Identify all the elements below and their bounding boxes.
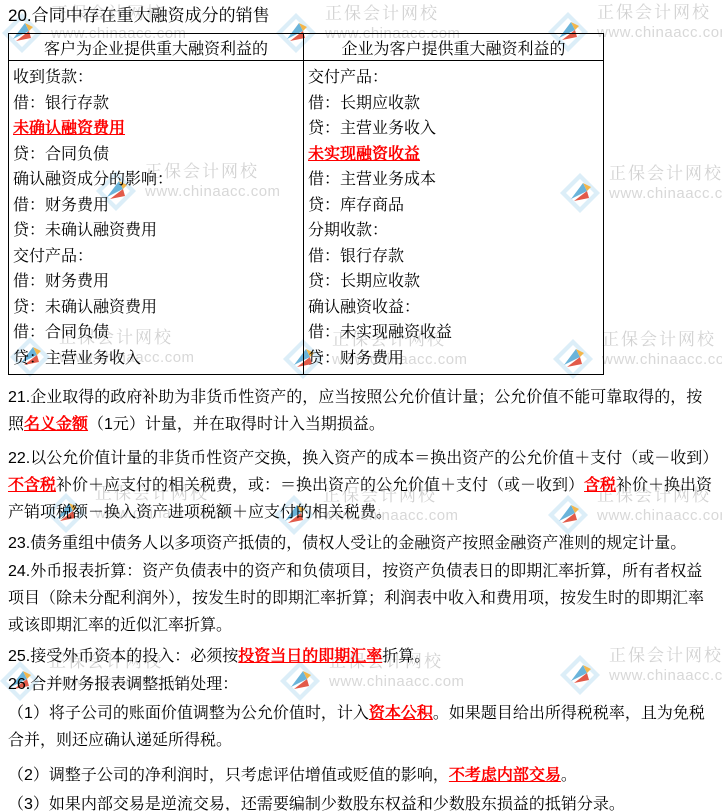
highlighted-term: 投资当日的即期汇率 [238,648,382,665]
highlighted-term: 不含税 [8,477,56,494]
text-run: 贷：主营业务收入 [308,120,436,137]
journal-entry-line: 借：财务费用 [13,269,299,295]
journal-entry-line: 交付产品： [13,244,299,270]
table-body-row: 收到货款：借：银行存款未确认融资费用贷：合同负债确认融资成分的影响：借：财务费用… [9,61,604,375]
paragraph-24: 24.外币报表折算：资产负债表中的资产和负债项目，按资产负债表日的即期汇率折算，… [8,558,714,639]
paragraph-26-1: （1）将子公司的账面价值调整为公允价值时，计入资本公积。如果题目给出所得税税率，… [8,700,714,754]
journal-entry-line: 借：合同负债 [13,320,299,346]
document-page: 正保会计网校 www.chinaacc.com 正保会计网校 www.china… [0,0,722,811]
paragraph-25: 25.接受外币资本的投入：必须按投资当日的即期汇率折算。 [8,643,714,670]
text-run: 折算。 [382,648,430,665]
item-20-title: 20.合同中存在重大融资成分的销售 [8,4,714,28]
journal-entry-line: 贷：库存商品 [308,193,599,219]
text-run: 借：主营业务成本 [308,171,436,188]
journal-entry-line: 贷：未确认融资费用 [13,295,299,321]
table-header-row: 客户为企业提供重大融资利益的 企业为客户提供重大融资利益的 [9,34,604,61]
text-run: 贷：财务费用 [308,350,404,367]
table-cell-customer-provides: 收到货款：借：银行存款未确认融资费用贷：合同负债确认融资成分的影响：借：财务费用… [9,61,304,375]
journal-entry-line: 贷：主营业务收入 [13,346,299,372]
journal-entry-line: 交付产品： [308,65,599,91]
text-run: 23.债务重组中债务人以多项资产抵债的，债权人受让的金融资产按照金融资产准则的规… [8,535,686,552]
text-run: 交付产品： [308,69,388,86]
paragraph-22: 22.以公允价值计量的非货币性资产交换，换入资产的成本＝换出资产的公允价值＋支付… [8,445,714,526]
journal-entry-line: 未实现融资收益 [308,142,599,168]
highlighted-term: 资本公积 [369,705,433,722]
text-run: 25.接受外币资本的投入：必须按 [8,648,238,665]
text-run: （1元）计量，并在取得时计入当期损益。 [88,416,385,433]
text-run: 借：财务费用 [13,273,109,290]
text-run: 借：未实现融资收益 [308,324,452,341]
text-run: 24.外币报表折算：资产负债表中的资产和负债项目，按资产负债表日的即期汇率折算，… [8,563,704,634]
text-run: 借：合同负债 [13,324,109,341]
journal-entry-line: 收到货款： [13,65,299,91]
text-run: 26.合并财务报表调整抵销处理： [8,676,238,693]
journal-entry-line: 贷：财务费用 [308,346,599,372]
paragraph-21: 21.企业取得的政府补助为非货币性资产的，应当按照公允价值计量；公允价值不能可靠… [8,384,714,438]
text-run: 贷：主营业务收入 [13,350,141,367]
table-header-enterprise-provides: 企业为客户提供重大融资利益的 [304,34,604,61]
highlighted-term: 不考虑内部交易 [449,767,561,784]
text-run: 贷：未确认融资费用 [13,299,157,316]
text-run: 分期收款： [308,222,388,239]
text-run: 借：银行存款 [13,95,109,112]
text-run: （1）将子公司的账面价值调整为公允价值时，计入 [8,705,369,722]
journal-entry-line: 贷：长期应收款 [308,269,599,295]
journal-entry-line: 借：银行存款 [308,244,599,270]
document-content: 20.合同中存在重大融资成分的销售 客户为企业提供重大融资利益的 企业为客户提供… [0,0,722,811]
text-run: 。 [561,767,577,784]
journal-entry-line: 借：主营业务成本 [308,167,599,193]
text-run: 借：财务费用 [13,197,109,214]
journal-entry-line: 贷：未确认融资费用 [13,218,299,244]
paragraph-26: 26.合并财务报表调整抵销处理： [8,671,714,698]
journal-entry-line: 确认融资收益： [308,295,599,321]
journal-entry-line: 借：未实现融资收益 [308,320,599,346]
table-header-customer-provides: 客户为企业提供重大融资利益的 [9,34,304,61]
paragraph-26-3: （3）如果内部交易是逆流交易，还需要编制少数股东权益和少数股东损益的抵销分录。 [8,791,714,811]
journal-entry-line: 贷：主营业务收入 [308,116,599,142]
text-run: 确认融资收益： [308,299,420,316]
text-run: 贷：库存商品 [308,197,404,214]
text-run: （3）如果内部交易是逆流交易，还需要编制少数股东权益和少数股东损益的抵销分录。 [8,796,625,811]
text-run: 借：长期应收款 [308,95,420,112]
highlighted-term: 未确认融资费用 [13,120,125,137]
paragraph-23: 23.债务重组中债务人以多项资产抵债的，债权人受让的金融资产按照金融资产准则的规… [8,530,714,557]
text-run: （2）调整子公司的净利润时，只考虑评估增值或贬值的影响， [8,767,449,784]
table-cell-enterprise-provides: 交付产品：借：长期应收款贷：主营业务收入未实现融资收益借：主营业务成本贷：库存商… [304,61,604,375]
text-run: 贷：合同负债 [13,146,109,163]
text-run: 贷：长期应收款 [308,273,420,290]
highlighted-term: 名义金额 [24,416,88,433]
text-run: 补价＋应支付的相关税费，或：＝换出资产的公允价值＋支付（或－收到） [56,477,584,494]
text-run: 22.以公允价值计量的非货币性资产交换，换入资产的成本＝换出资产的公允价值＋支付… [8,450,718,467]
text-run: 确认融资成分的影响： [13,171,173,188]
journal-entry-line: 贷：合同负债 [13,142,299,168]
journal-entry-line: 确认融资成分的影响： [13,167,299,193]
paragraph-26-2: （2）调整子公司的净利润时，只考虑评估增值或贬值的影响，不考虑内部交易。 [8,762,714,789]
highlighted-term: 含税 [584,477,616,494]
text-run: 贷：未确认融资费用 [13,222,157,239]
journal-entry-line: 未确认融资费用 [13,116,299,142]
text-run: 收到货款： [13,69,93,86]
text-run: 交付产品： [13,248,93,265]
financing-component-table: 客户为企业提供重大融资利益的 企业为客户提供重大融资利益的 收到货款：借：银行存… [8,33,604,375]
journal-entry-line: 分期收款： [308,218,599,244]
journal-entry-line: 借：长期应收款 [308,91,599,117]
journal-entry-line: 借：财务费用 [13,193,299,219]
text-run: 借：银行存款 [308,248,404,265]
highlighted-term: 未实现融资收益 [308,146,420,163]
journal-entry-line: 借：银行存款 [13,91,299,117]
